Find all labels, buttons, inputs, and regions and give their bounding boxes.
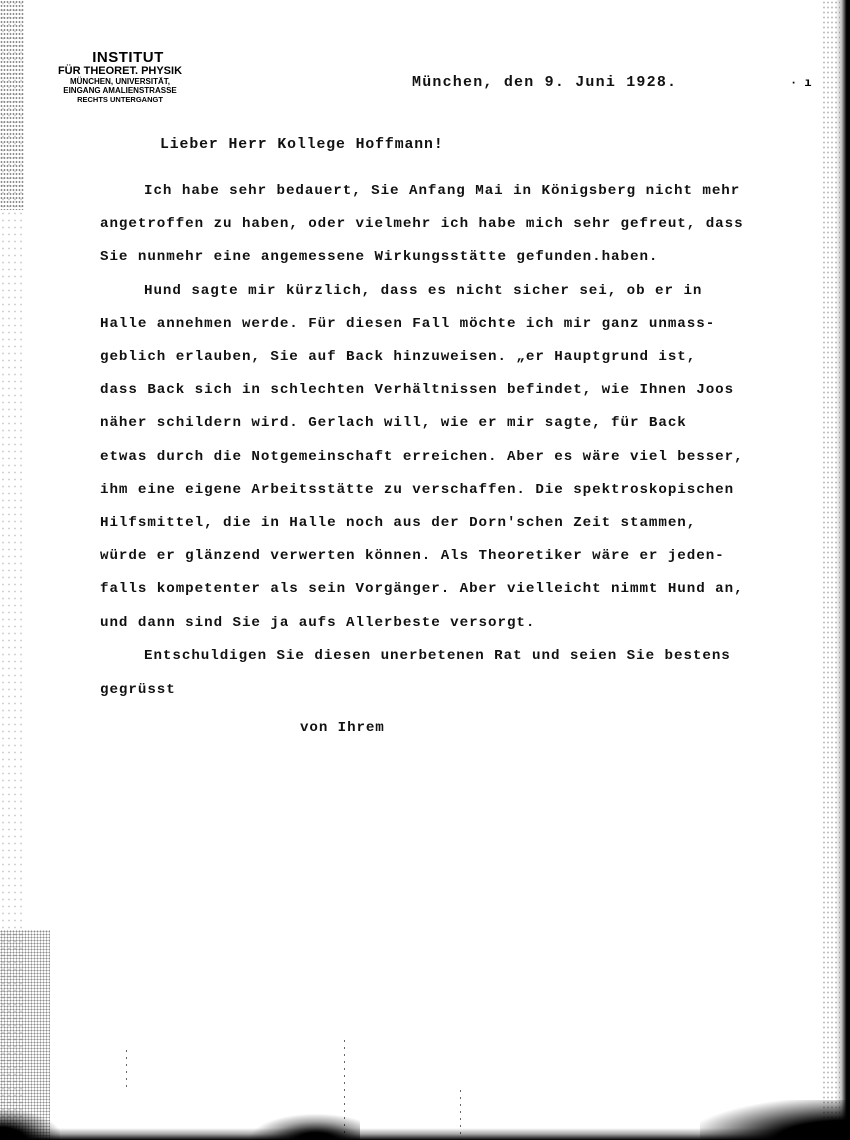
body-line: würde er glänzend verwerten können. Als … (100, 548, 725, 564)
salutation: Lieber Herr Kollege Hoffmann! (160, 137, 444, 153)
institute-letterhead-stamp: INSTITUT FÜR THEORET. PHYSIK MÜNCHEN, UN… (40, 50, 200, 104)
body-line: Sie nunmehr eine angemessene Wirkungsstä… (100, 249, 658, 265)
scanned-letter-page: INSTITUT FÜR THEORET. PHYSIK MÜNCHEN, UN… (0, 0, 850, 1140)
body-line: und dann sind Sie ja aufs Allerbeste ver… (100, 615, 535, 631)
letterhead-line: INSTITUT (56, 50, 200, 65)
scan-streak (460, 1090, 461, 1140)
letterhead-line: MÜNCHEN, UNIVERSITÄT, (40, 78, 200, 86)
body-line: Hund sagte mir kürzlich, dass es nicht s… (144, 283, 702, 299)
letter-date: München, den 9. Juni 1928. (412, 74, 677, 91)
scan-smudge (0, 1110, 60, 1140)
scan-streak (126, 1050, 127, 1090)
body-line: geblich erlauben, Sie auf Back hinzuweis… (100, 349, 696, 365)
letterhead-line: FÜR THEORET. PHYSIK (40, 66, 200, 77)
scan-edge-right (836, 0, 850, 1140)
body-line: falls kompetenter als sein Vorgänger. Ab… (100, 581, 744, 597)
margin-mark: · ı (790, 76, 812, 90)
body-line: Entschuldigen Sie diesen unerbetenen Rat… (144, 648, 731, 664)
body-line: näher schildern wird. Gerlach will, wie … (100, 415, 687, 431)
letterhead-line: EINGANG AMALIENSTRASSE (40, 87, 200, 95)
body-line: dass Back sich in schlechten Verhältniss… (100, 382, 734, 398)
scan-noise-left-top (0, 0, 24, 210)
scan-smudge (700, 1100, 850, 1140)
body-line: ihm eine eigene Arbeitsstätte zu verscha… (100, 482, 734, 498)
closing: von Ihrem (300, 720, 385, 736)
scan-streak (344, 1040, 345, 1140)
body-line: etwas durch die Notgemeinschaft erreiche… (100, 449, 744, 465)
scan-noise-left-bottom (0, 930, 50, 1140)
body-line: Hilfsmittel, die in Halle noch aus der D… (100, 515, 696, 531)
letterhead-line: RECHTS UNTERGANGT (40, 96, 200, 104)
body-line: angetroffen zu haben, oder vielmehr ich … (100, 216, 744, 232)
body-line: gegrüsst (100, 682, 176, 698)
body-line: Halle annehmen werde. Für diesen Fall mö… (100, 316, 715, 332)
body-line: Ich habe sehr bedauert, Sie Anfang Mai i… (144, 183, 740, 199)
